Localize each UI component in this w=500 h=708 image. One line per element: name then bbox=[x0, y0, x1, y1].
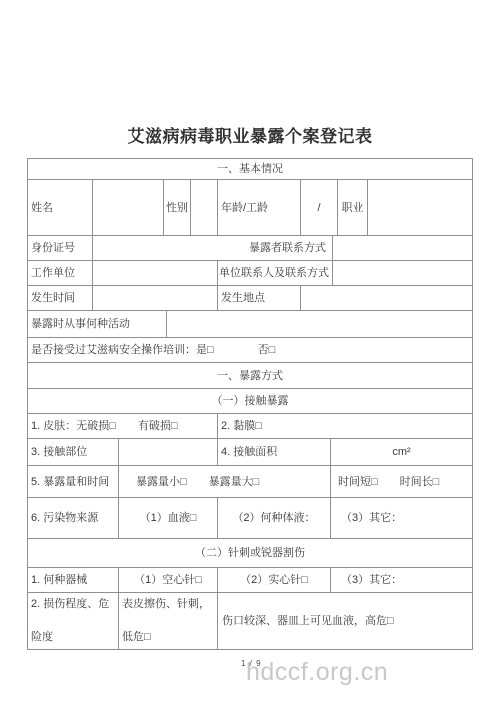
training-question: 是否接受过艾滋病安全操作培训：是□ 否□ bbox=[28, 338, 472, 362]
exposure-amount-options: 暴露量小□ 暴露量大□ bbox=[119, 466, 331, 497]
occupation-label: 职业 bbox=[338, 180, 368, 235]
exposed-contact-label: 暴露者联系方式 bbox=[93, 236, 333, 260]
table-row: 暴露时从事何种活动 bbox=[28, 311, 472, 338]
table-row: 1. 皮肤：无破损□ 有破损□ 2. 黏膜□ bbox=[28, 414, 472, 439]
instrument-hollow-option: （1）空心针□ bbox=[119, 568, 218, 592]
contaminant-label: 6. 污染物来源 bbox=[28, 498, 119, 538]
table-row: 发生时间 发生地点 bbox=[28, 286, 472, 311]
work-unit-label: 工作单位 bbox=[28, 261, 93, 285]
contact-site-label: 3. 接触部位 bbox=[28, 439, 119, 465]
exposure-time-options: 时间短□ 时间长□ bbox=[331, 466, 472, 497]
registration-table: 一、基本情况 姓名 性别 年龄/工龄 / 职业 身份证号 暴露者联系方式 工作单… bbox=[27, 158, 473, 650]
section-header-exposure-mode: 一、暴露方式 bbox=[28, 363, 472, 388]
name-label: 姓名 bbox=[28, 180, 93, 235]
table-row: 5. 暴露量和时间 暴露量小□ 暴露量大□ 时间短□ 时间长□ bbox=[28, 466, 472, 498]
injury-low-option: 表皮擦伤、针刺，低危□ bbox=[119, 593, 218, 649]
table-row: 身份证号 暴露者联系方式 bbox=[28, 236, 472, 261]
activity-label: 暴露时从事何种活动 bbox=[28, 311, 167, 337]
exposure-amount-label: 5. 暴露量和时间 bbox=[28, 466, 119, 497]
table-row: （二）针刺或锐器割伤 bbox=[28, 539, 472, 568]
name-value-cell bbox=[93, 180, 164, 235]
section-header-needle-injury: （二）针刺或锐器割伤 bbox=[28, 539, 472, 567]
instrument-label: 1. 何种器械 bbox=[28, 568, 119, 592]
table-row: 一、暴露方式 bbox=[28, 363, 472, 389]
skin-item: 1. 皮肤：无破损□ 有破损□ bbox=[28, 414, 218, 438]
unit-contact-value-cell bbox=[333, 261, 472, 285]
site-watermark: hdccf.org.cn bbox=[246, 660, 388, 685]
activity-value-cell bbox=[167, 311, 472, 337]
contaminant-blood-option: （1）血液□ bbox=[119, 498, 218, 538]
age-value: / bbox=[301, 180, 338, 235]
contaminant-other-option: （3）其它： bbox=[331, 498, 472, 538]
gender-label: 性别 bbox=[164, 180, 191, 235]
table-row: 6. 污染物来源 （1）血液□ （2）何种体液： （3）其它： bbox=[28, 498, 472, 539]
table-row: 姓名 性别 年龄/工龄 / 职业 bbox=[28, 180, 472, 236]
table-row: 一、基本情况 bbox=[28, 159, 472, 180]
contact-site-value-cell bbox=[119, 439, 218, 465]
table-row: 2. 损伤程度、危险度 表皮擦伤、针刺，低危□ 伤口较深、器皿上可见血液，高危□ bbox=[28, 593, 472, 649]
injury-label: 2. 损伤程度、危险度 bbox=[28, 593, 119, 649]
occur-place-value-cell bbox=[301, 286, 472, 310]
occur-time-label: 发生时间 bbox=[28, 286, 93, 310]
section-header-basic-info: 一、基本情况 bbox=[28, 159, 472, 179]
unit-contact-label: 单位联系人及联系方式 bbox=[218, 261, 333, 285]
occur-place-label: 发生地点 bbox=[218, 286, 301, 310]
instrument-other-option: （3）其它： bbox=[331, 568, 472, 592]
id-label: 身份证号 bbox=[28, 236, 93, 260]
gender-value-cell bbox=[191, 180, 218, 235]
table-row: 1. 何种器械 （1）空心针□ （2）实心针□ （3）其它： bbox=[28, 568, 472, 593]
work-unit-value-cell bbox=[93, 261, 218, 285]
page-number: 1 / 9 bbox=[241, 659, 262, 668]
age-label: 年龄/工龄 bbox=[218, 180, 301, 235]
occur-time-value-cell bbox=[93, 286, 218, 310]
document-page: 艾滋病病毒职业暴露个案登记表 一、基本情况 姓名 性别 年龄/工龄 / 职业 身… bbox=[0, 0, 500, 708]
injury-high-option: 伤口较深、器皿上可见血液，高危□ bbox=[218, 593, 472, 649]
exposed-contact-value-cell bbox=[333, 236, 472, 260]
occupation-value-cell bbox=[368, 180, 472, 235]
contaminant-fluid-option: （2）何种体液： bbox=[218, 498, 331, 538]
table-row: （一）接触暴露 bbox=[28, 389, 472, 414]
mucosa-item: 2. 黏膜□ bbox=[218, 414, 472, 438]
contact-area-label: 4. 接触面积 bbox=[218, 439, 331, 465]
instrument-solid-option: （2）实心针□ bbox=[218, 568, 331, 592]
table-row: 工作单位 单位联系人及联系方式 bbox=[28, 261, 472, 286]
section-header-contact-exposure: （一）接触暴露 bbox=[28, 389, 472, 413]
contact-area-unit: cm² bbox=[331, 439, 472, 465]
table-row: 是否接受过艾滋病安全操作培训：是□ 否□ bbox=[28, 338, 472, 363]
page-title: 艾滋病病毒职业暴露个案登记表 bbox=[0, 122, 500, 147]
table-row: 3. 接触部位 4. 接触面积 cm² bbox=[28, 439, 472, 466]
